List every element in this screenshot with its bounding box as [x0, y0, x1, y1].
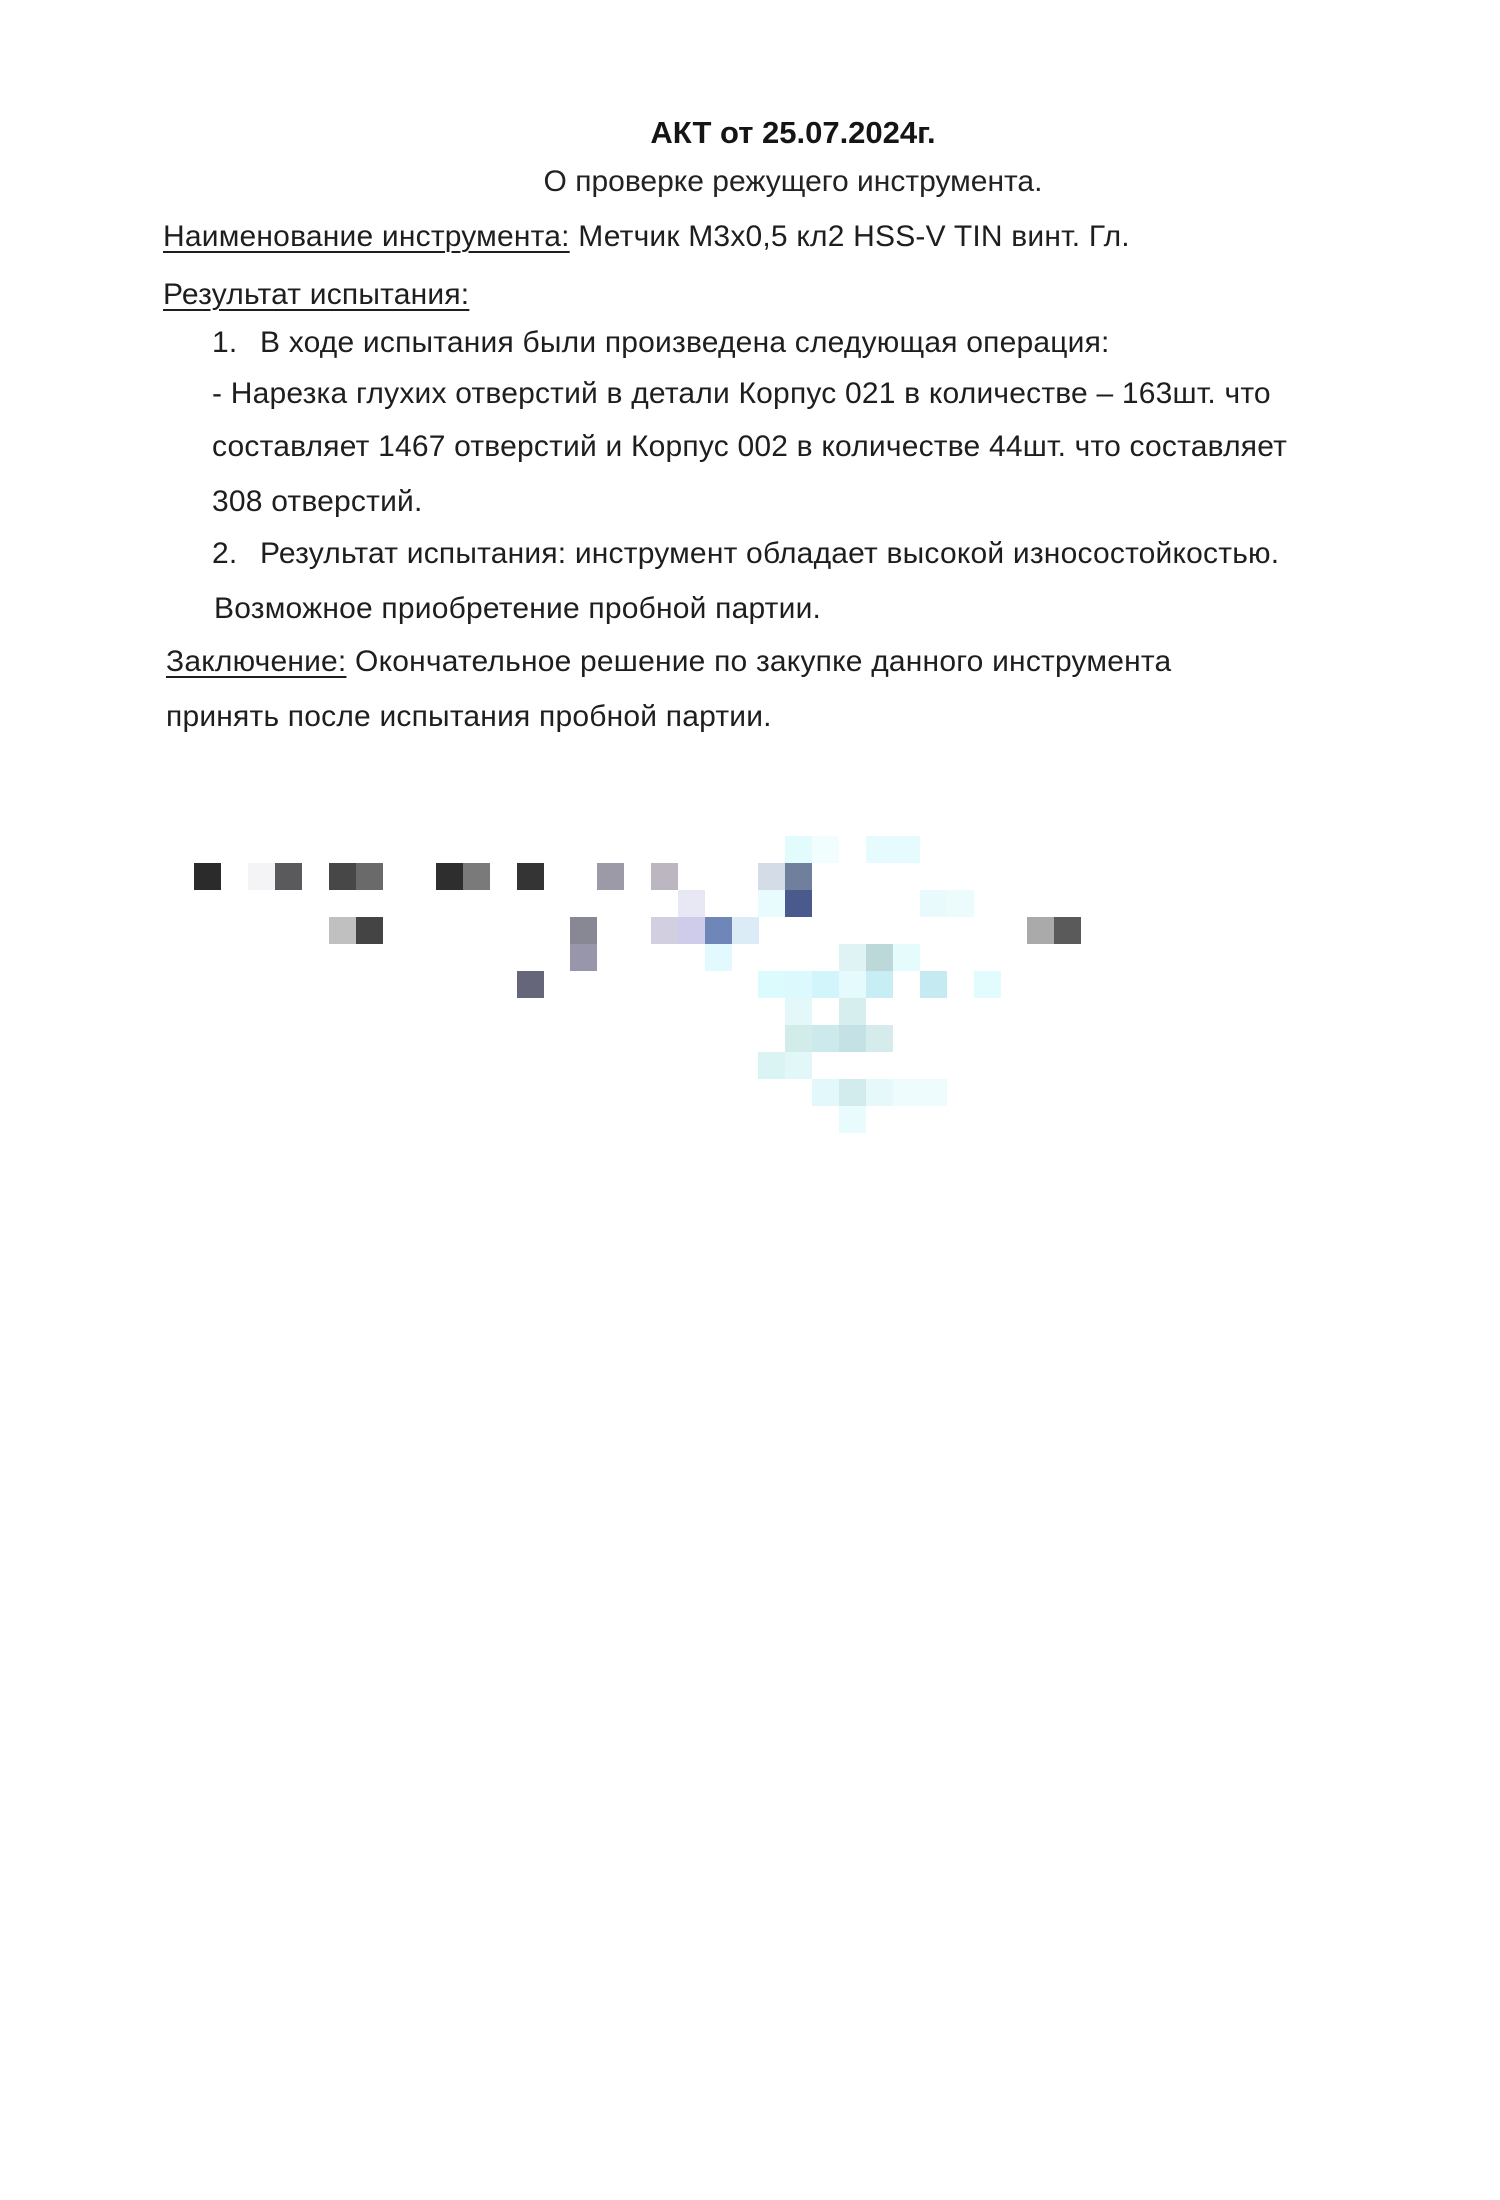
document-page: АКТ от 25.07.2024г. О проверке режущего …	[0, 0, 1500, 2200]
list-item-1-line: составляет 1467 отверстий и Корпус 002 в…	[212, 429, 1287, 465]
list-item-text: В ходе испытания были произведена следую…	[260, 326, 1110, 359]
document-title: АКТ от 25.07.2024г.	[0, 114, 1500, 152]
result-heading: Результат испытания:	[163, 278, 469, 311]
list-item-2-line: Возможное приобретение пробной партии.	[214, 591, 821, 627]
tool-name-label: Наименование инструмента:	[163, 220, 570, 253]
list-item-number: 1.	[212, 326, 237, 359]
conclusion-line: принять после испытания пробной партии.	[166, 699, 772, 735]
tool-name-value: Метчик М3х0,5 кл2 HSS-V TIN винт. Гл.	[578, 220, 1130, 253]
list-item-2-first-line: 2. Результат испытания: инструмент облад…	[212, 536, 1279, 572]
conclusion-text: Окончательное решение по закупке данного…	[355, 645, 1171, 678]
result-heading-row: Результат испытания:	[163, 277, 469, 313]
document-subtitle: О проверке режущего инструмента.	[0, 164, 1500, 200]
conclusion-row: Заключение: Окончательное решение по зак…	[166, 644, 1171, 680]
list-item-1-line: 308 отверстий.	[212, 484, 423, 520]
list-item-1-line: - Нарезка глухих отверстий в детали Корп…	[212, 376, 1271, 412]
list-item-text: Результат испытания: инструмент обладает…	[260, 537, 1279, 570]
tool-name-row: Наименование инструмента: Метчик М3х0,5 …	[163, 219, 1130, 255]
conclusion-label: Заключение:	[166, 645, 346, 678]
list-item-number: 2.	[212, 537, 237, 570]
list-item-1-first-line: 1. В ходе испытания были произведена сле…	[212, 325, 1110, 361]
